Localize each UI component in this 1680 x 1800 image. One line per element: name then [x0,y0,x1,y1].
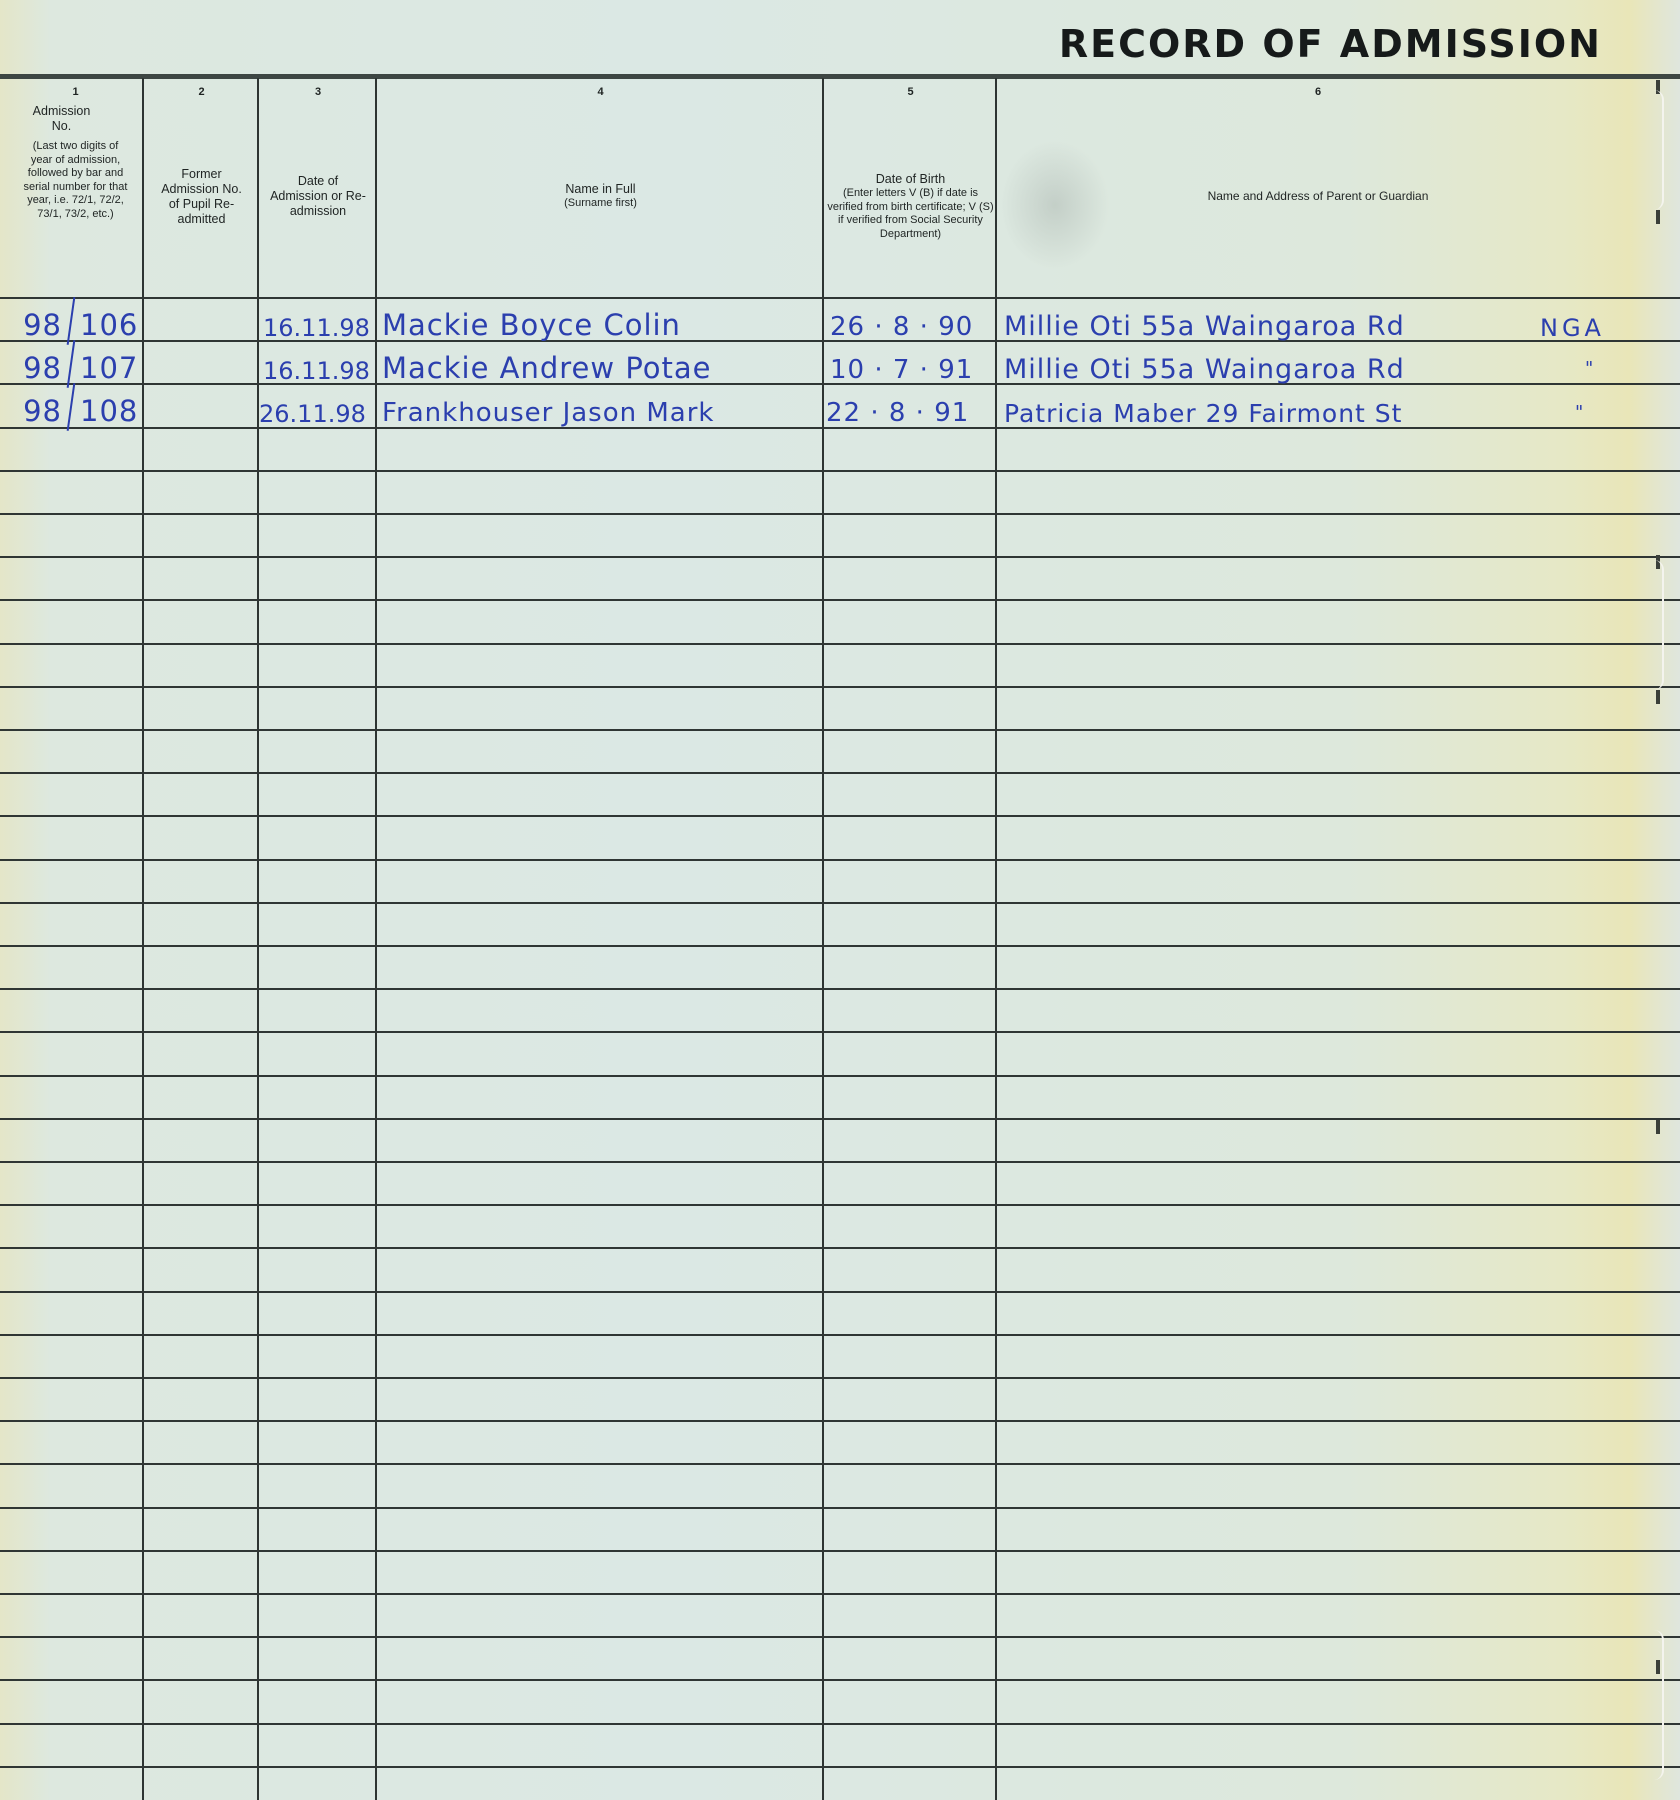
admission-no-cell: 98108 [0,385,140,430]
row-rule [0,772,1680,774]
binding-thread [1652,90,1664,210]
row-rule [0,643,1680,645]
column-number: 2 [198,86,204,98]
row-rule [0,1550,1680,1552]
row-rule [0,815,1680,817]
column-note: (Enter letters V (B) if date is verified… [827,187,995,241]
column-divider [375,78,377,1800]
binding-stitch [1656,690,1660,704]
admission-serial: 107 [80,351,138,385]
admission-year: 98 [0,308,70,342]
column-heading: Name in Full [564,182,637,197]
binding-stitch [1656,1660,1660,1674]
binding-thread [1652,1630,1664,1780]
row-rule [0,556,1680,558]
row-rule [0,1766,1680,1768]
row-rule [0,902,1680,904]
row-rule [0,1507,1680,1509]
row-rule [0,1204,1680,1206]
row-rule [0,1377,1680,1379]
admission-no-cell: 98107 [0,342,140,387]
row-rule [0,1593,1680,1595]
row-rule [0,1161,1680,1163]
row-rule [0,599,1680,601]
binding-stitch [1656,1120,1660,1134]
name-cell: Mackie Andrew Potae [382,342,822,387]
column-header-name-in-full: 4 Name in Full (Surname first) [378,80,823,295]
date-of-admission-cell: 26.11.98 [259,385,375,430]
column-number: 6 [1315,86,1321,98]
ditto-mark: " [1585,336,1615,381]
date-of-birth-cell: 22 · 8 · 91 [826,385,994,430]
parent-guardian-cell: Millie Oti 55a Waingaroa Rd [1004,342,1504,387]
column-header-date-of-admission: 3 Date of Admission or Re-admission [260,80,376,295]
column-number: 1 [72,86,78,98]
admission-serial: 108 [80,394,138,428]
name-cell: Mackie Boyce Colin [382,299,822,344]
row-rule [0,1420,1680,1422]
row-rule [0,513,1680,515]
former-admission-cell [148,342,256,387]
column-heading: Date of Admission or Re-admission [269,174,367,219]
row-rule [0,686,1680,688]
column-number: 5 [907,86,913,98]
name-cell: Frankhouser Jason Mark [382,385,822,430]
admission-year: 98 [0,351,70,385]
row-rule [0,945,1680,947]
column-divider [142,78,144,1800]
former-admission-cell [148,385,256,430]
column-note: (Surname first) [564,197,637,211]
date-of-birth-cell: 26 · 8 · 90 [830,299,995,344]
admission-year: 98 [0,394,70,428]
binding-thread [1652,560,1664,690]
column-header-former-admission-no: 2 Former Admission No. of Pupil Re-admit… [145,80,258,295]
date-of-admission-cell: 16.11.98 [263,299,375,344]
parent-guardian-cell: Millie Oti 55a Waingaroa Rd [1004,299,1504,344]
column-header-parent-guardian: 6 Name and Address of Parent or Guardian [998,80,1638,295]
date-of-birth-cell: 10 · 7 · 91 [830,342,995,387]
parent-guardian-cell: Patricia Maber 29 Fairmont St [1004,385,1504,430]
column-divider [995,78,997,1800]
column-number: 4 [597,86,603,98]
admission-serial: 106 [80,308,138,342]
column-header-admission-no: 1 Admission No. (Last two digits of year… [8,80,143,295]
row-rule [0,1247,1680,1249]
row-rule [0,729,1680,731]
row-rule [0,1334,1680,1336]
row-rule [0,470,1680,472]
admission-no-cell: 98106 [0,299,140,344]
row-rule [0,1118,1680,1120]
column-number: 3 [315,86,321,98]
column-heading: Date of Birth [827,172,995,187]
date-of-admission-cell: 16.11.98 [263,342,375,387]
row-rule [0,859,1680,861]
column-heading: Name and Address of Parent or Guardian [1208,189,1429,204]
column-heading: Former Admission No. of Pupil Re-admitte… [157,167,247,227]
row-rule [0,1075,1680,1077]
row-rule [0,988,1680,990]
column-header-date-of-birth: 5 Date of Birth (Enter letters V (B) if … [825,80,996,295]
column-divider [822,78,824,1800]
row-rule [0,1636,1680,1638]
row-rule [0,1291,1680,1293]
ditto-mark: " [1575,380,1605,425]
column-divider [257,78,259,1800]
row-rule [0,1723,1680,1725]
column-note: (Last two digits of year of admission, f… [22,140,130,221]
binding-stitch [1656,210,1660,224]
former-admission-cell [148,299,256,344]
column-heading: Admission No. [22,104,102,134]
row-rule [0,1463,1680,1465]
row-rule [0,1679,1680,1681]
row-rule [0,1031,1680,1033]
